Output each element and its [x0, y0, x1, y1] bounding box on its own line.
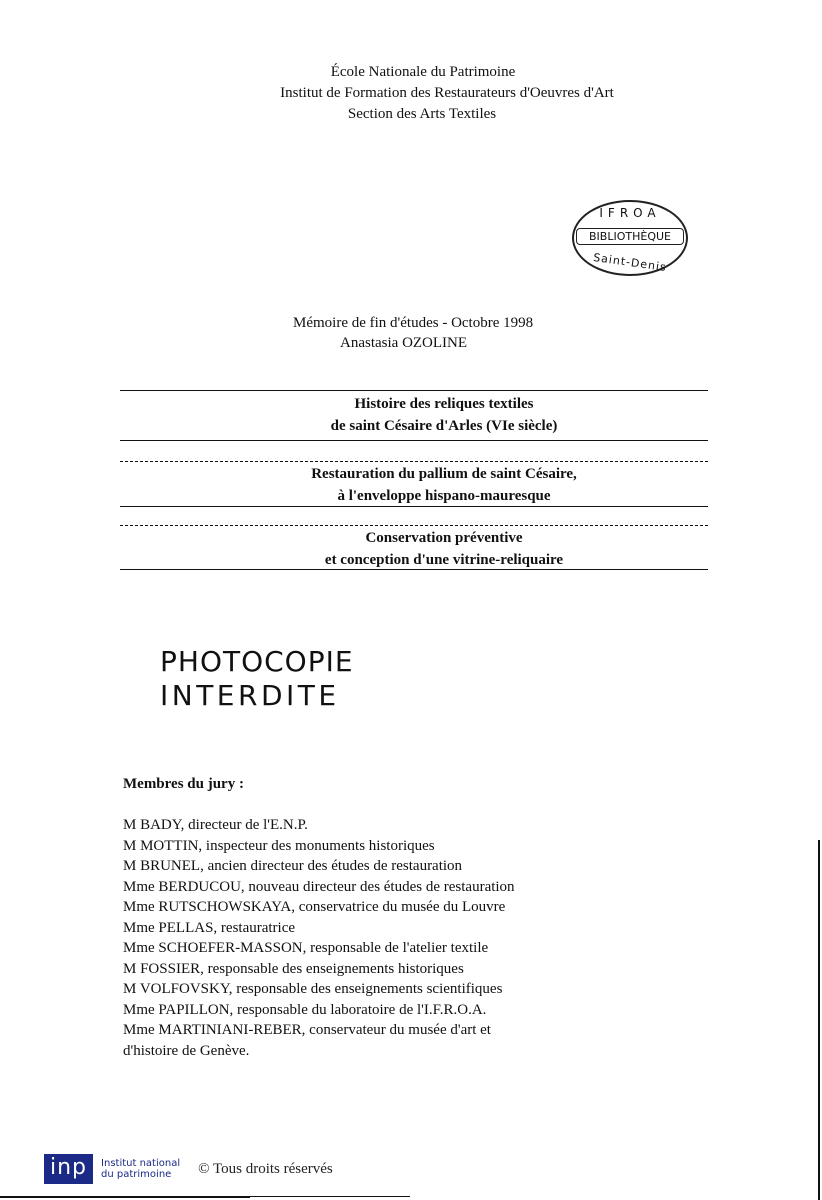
- memoire-info: Mémoire de fin d'études - Octobre 1998 A…: [0, 313, 822, 353]
- stamp-top-text: IFROA: [574, 206, 686, 220]
- inp-caption-line-2: du patrimoine: [101, 1169, 180, 1180]
- stamp-bottom-text: Saint-Denis: [574, 248, 687, 276]
- author-name: Anastasia OZOLINE: [0, 333, 822, 353]
- title-3-line-1: Conservation préventive: [120, 527, 708, 549]
- jury-member: Mme SCHOEFER-MASSON, responsable de l'at…: [123, 938, 515, 959]
- jury-member: d'histoire de Genève.: [123, 1041, 515, 1062]
- jury-member: Mme PELLAS, restauratrice: [123, 918, 515, 939]
- section-name: Section des Arts Textiles: [0, 104, 822, 125]
- title-2: Restauration du pallium de saint Césaire…: [120, 463, 708, 507]
- jury-heading: Membres du jury :: [123, 776, 244, 793]
- notice-line-2: INTERDITE: [160, 679, 354, 713]
- title-3-line-2: et conception d'une vitrine-reliquaire: [120, 549, 708, 571]
- divider: [120, 506, 708, 507]
- divider: [120, 461, 708, 462]
- photocopy-forbidden-stamp: PHOTOCOPIE INTERDITE: [160, 645, 354, 713]
- title-2-line-2: à l'enveloppe hispano-mauresque: [120, 485, 708, 507]
- institute-name: Institut de Formation des Restaurateurs …: [0, 83, 822, 104]
- title-1: Histoire des reliques textiles de saint …: [120, 393, 708, 437]
- scan-edge-bottom: [170, 1196, 410, 1197]
- copyright-notice: © Tous droits réservés: [198, 1161, 333, 1178]
- jury-member: Mme MARTINIANI-REBER, conservateur du mu…: [123, 1020, 515, 1041]
- divider: [120, 390, 708, 391]
- divider: [120, 440, 708, 441]
- footer: inp Institut national du patrimoine © To…: [44, 1154, 333, 1184]
- inp-caption: Institut national du patrimoine: [101, 1158, 180, 1180]
- jury-member: Mme BERDUCOU, nouveau directeur des étud…: [123, 877, 515, 898]
- divider: [120, 569, 708, 570]
- title-2-line-1: Restauration du pallium de saint Césaire…: [120, 463, 708, 485]
- jury-member: M VOLFOVSKY, responsable des enseignemen…: [123, 979, 515, 1000]
- institution-header: École Nationale du Patrimoine Institut d…: [0, 62, 822, 125]
- title-1-line-2: de saint Césaire d'Arles (VIe siècle): [120, 415, 708, 437]
- inp-logo: inp: [44, 1154, 93, 1184]
- jury-member: Mme RUTSCHOWSKAYA, conservatrice du musé…: [123, 897, 515, 918]
- stamp-middle-text: BIBLIOTHÈQUE: [576, 228, 684, 245]
- jury-member: M BADY, directeur de l'E.N.P.: [123, 815, 515, 836]
- jury-member: Mme PAPILLON, responsable du laboratoire…: [123, 1000, 515, 1021]
- memoire-date: Mémoire de fin d'études - Octobre 1998: [0, 313, 822, 333]
- school-name: École Nationale du Patrimoine: [0, 62, 822, 83]
- inp-caption-line-1: Institut national: [101, 1158, 180, 1169]
- jury-member: M BRUNEL, ancien directeur des études de…: [123, 856, 515, 877]
- divider: [120, 525, 708, 526]
- jury-member: M MOTTIN, inspecteur des monuments histo…: [123, 836, 515, 857]
- scan-edge: [818, 840, 820, 1200]
- title-1-line-1: Histoire des reliques textiles: [120, 393, 708, 415]
- title-3: Conservation préventive et conception d'…: [120, 527, 708, 571]
- notice-line-1: PHOTOCOPIE: [160, 645, 354, 679]
- jury-member: M FOSSIER, responsable des enseignements…: [123, 959, 515, 980]
- library-stamp: IFROA BIBLIOTHÈQUE Saint-Denis: [572, 200, 688, 276]
- jury-list: M BADY, directeur de l'E.N.P.M MOTTIN, i…: [123, 815, 515, 1061]
